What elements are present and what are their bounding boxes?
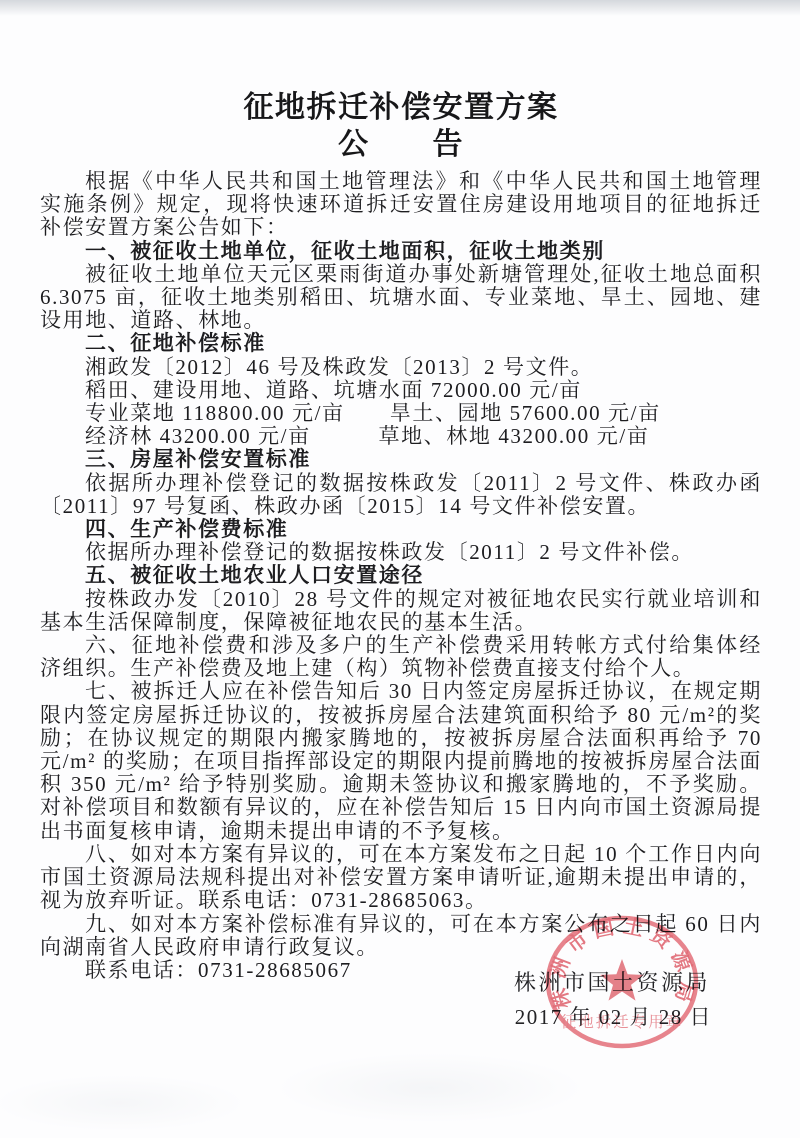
- seal-banner-text: 征地拆迁专用章: [561, 1012, 684, 1031]
- notice-document: 征地拆迁补偿安置方案 公 告 根据《中华人民共和国土地管理法》和《中华人民共和国…: [40, 90, 762, 982]
- compensation-rate-line-3: 经济林 43200.00 元/亩 草地、林地 43200.00 元/亩: [40, 425, 762, 448]
- document-body: 根据《中华人民共和国土地管理法》和《中华人民共和国土地管理实施条例》规定，现将快…: [40, 170, 762, 982]
- section-6-paragraph: 六、征地补偿费和涉及多户的生产补偿费采用转帐方式付给集体经济组织。生产补偿费及地…: [40, 634, 762, 680]
- document-title: 征地拆迁补偿安置方案: [40, 90, 762, 125]
- section-5-paragraph: 按株政办发〔2010〕28 号文件的规定对被征地农民实行就业培训和基本生活保障制…: [40, 588, 762, 634]
- section-7-paragraph: 七、被拆迁人应在补偿告知后 30 日内签定房屋拆迁协议，在规定期限内签定房屋拆迁…: [40, 680, 762, 842]
- section-heading-4: 四、生产补偿费标准: [40, 518, 762, 541]
- official-seal: 株洲市国土资源局 征地拆迁专用章: [527, 899, 717, 1067]
- section-heading-3: 三、房屋补偿安置标准: [40, 448, 762, 471]
- section-heading-2: 二、征地补偿标准: [40, 332, 762, 355]
- section-2-reference-line: 湘政发〔2012〕46 号及株政发〔2013〕2 号文件。: [40, 356, 762, 379]
- section-4-paragraph: 依据所办理补偿登记的数据按株政发〔2011〕2 号文件补偿。: [40, 541, 762, 564]
- scan-top-shadow: [0, 0, 800, 16]
- document-subtitle: 公 告: [40, 127, 762, 162]
- seal-star-icon: [600, 959, 644, 1001]
- scanned-notice-page: { "doc": { "title": "征地拆迁补偿安置方案", "subti…: [0, 0, 800, 1138]
- section-heading-5: 五、被征收土地农业人口安置途径: [40, 564, 762, 587]
- section-heading-1: 一、被征收土地单位，征收土地面积，征收土地类别: [40, 240, 762, 263]
- section-3-paragraph: 依据所办理补偿登记的数据按株政发〔2011〕2 号文件、株政办函〔2011〕97…: [40, 472, 762, 518]
- compensation-rate-line-2: 专业菜地 118800.00 元/亩 旱土、园地 57600.00 元/亩: [40, 402, 762, 425]
- section-1-paragraph: 被征收土地单位天元区栗雨街道办事处新塘管理处,征收土地总面积 6.3075 亩，…: [40, 263, 762, 333]
- intro-paragraph: 根据《中华人民共和国土地管理法》和《中华人民共和国土地管理实施条例》规定，现将快…: [40, 170, 762, 240]
- compensation-rate-line-1: 稻田、建设用地、道路、坑塘水面 72000.00 元/亩: [40, 379, 762, 402]
